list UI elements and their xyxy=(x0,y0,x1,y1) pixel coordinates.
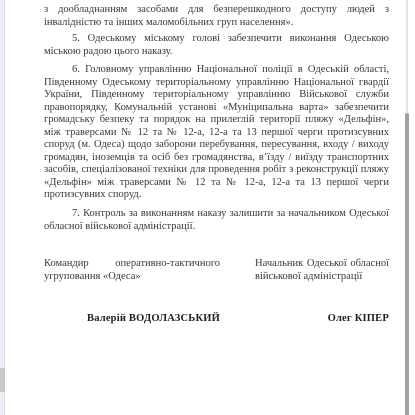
scrollbar-thumb[interactable] xyxy=(405,113,409,415)
signature-title-line: Начальник Одеської обласної xyxy=(255,257,389,270)
paragraph-p-continuation: з дообладнанням засобами для безперешкод… xyxy=(44,3,389,29)
signature-title-left: Командир оперативно-тактичногоугрупованн… xyxy=(44,257,220,283)
document-viewer: з дообладнанням засобами для безперешкод… xyxy=(0,0,415,415)
signature-title-line: Командир оперативно-тактичного xyxy=(44,257,220,270)
signature-names: Валерій ВОДОЛАЗСЬКИЙ Олег КІПЕР xyxy=(44,312,389,325)
signature-block: Командир оперативно-тактичногоугрупованн… xyxy=(44,257,389,283)
signature-name-left: Валерій ВОДОЛАЗСЬКИЙ xyxy=(44,312,220,325)
paragraph-p6: 6. Головному управлінню Національної пол… xyxy=(44,64,389,202)
signature-name-right: Олег КІПЕР xyxy=(255,312,389,325)
document-page: з дообладнанням засобами для безперешкод… xyxy=(44,3,389,325)
page-left-edge xyxy=(0,0,5,415)
signature-title-line: військової адміністрації xyxy=(255,270,389,283)
signature-title-line: угруповання «Одеса» xyxy=(44,270,220,283)
signature-title-right: Начальник Одеської обласноївійськової ад… xyxy=(255,257,389,283)
paragraph-p5: 5. Одеському міському голові забезпечити… xyxy=(44,32,389,58)
document-body: з дообладнанням засобами для безперешкод… xyxy=(44,3,389,233)
paragraph-p7: 7. Контроль за виконанням наказу залишит… xyxy=(44,207,389,233)
page-left-edge-shadow xyxy=(0,368,5,392)
